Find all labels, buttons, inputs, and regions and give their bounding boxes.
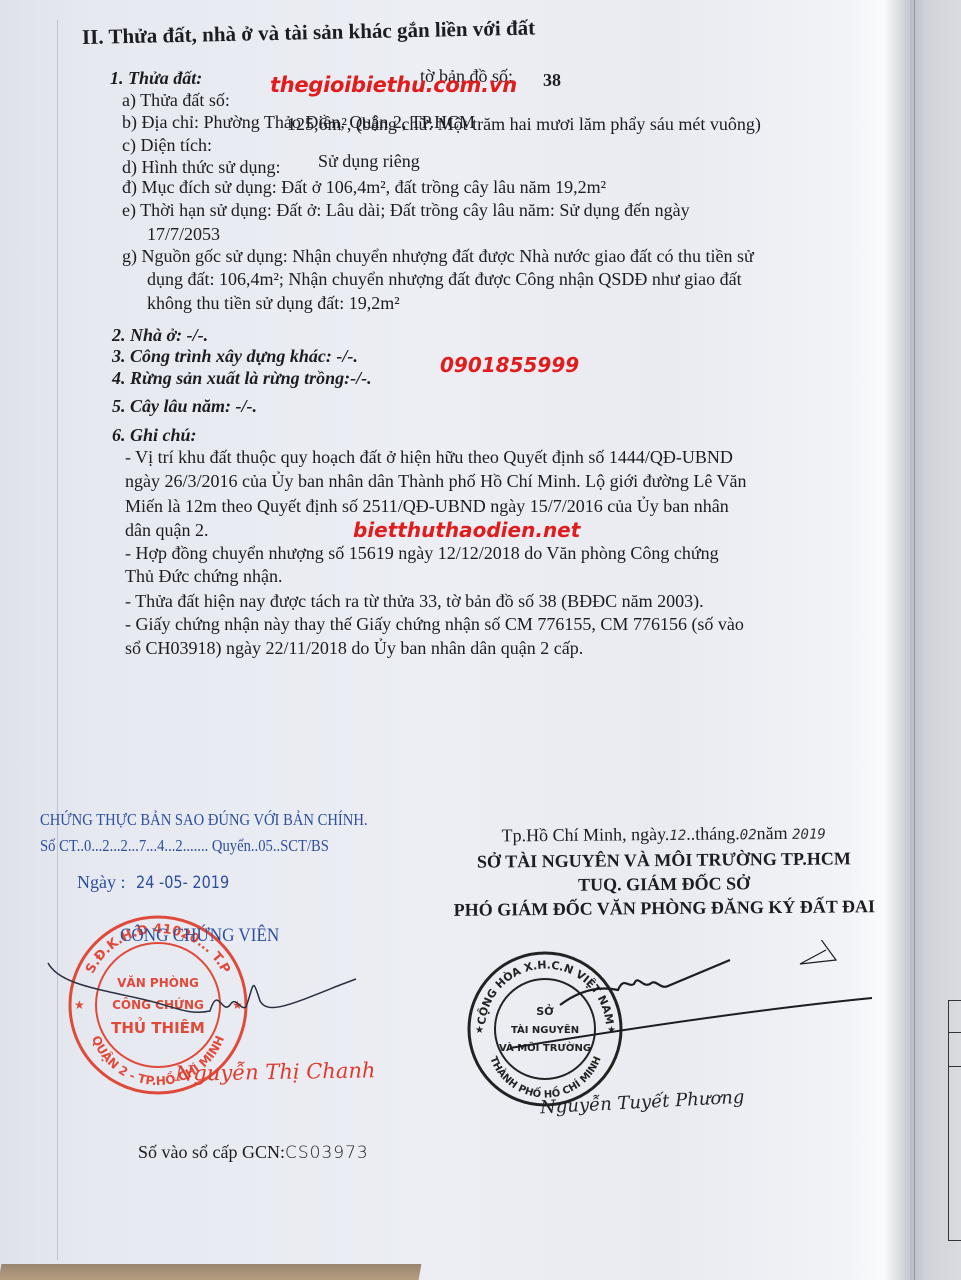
section-title: II. Thửa đất, nhà ở và tài sản khác gắn … [82, 16, 536, 50]
certification-number: Số CT..0...2...2...7...4...2....... Quyể… [40, 836, 329, 856]
certification-title: CHỨNG THỰC BẢN SAO ĐÚNG VỚI BẢN CHÍNH. [40, 810, 368, 830]
other-construction-item: 3. Công trình xây dựng khác: -/-. [112, 346, 358, 367]
issuer-department: SỞ TÀI NGUYÊN VÀ MÔI TRƯỜNG TP.HCM [414, 846, 914, 874]
land-parcel-number: a) Thửa đất số: [122, 90, 230, 111]
usage-term-date: 17/7/2053 [147, 224, 220, 245]
registry-number: Số vào sổ cấp GCN:CS03973 [138, 1142, 369, 1163]
page-edge-line [914, 0, 915, 1280]
note-line: - Thửa đất hiện nay được tách ra từ thửa… [125, 591, 704, 612]
note-line: - Vị trí khu đất thuộc quy hoạch đất ở h… [125, 447, 733, 468]
note-line: Miến là 12m theo Quyết định số 2511/QĐ-U… [125, 496, 729, 517]
svg-text:★: ★ [475, 1025, 484, 1036]
registry-number-value: CS03973 [285, 1143, 369, 1163]
usage-form-label: d) Hình thức sử dụng: [122, 157, 281, 178]
issue-month: 02 [740, 827, 757, 843]
notary-name: Nguyễn Thị Chanh [175, 1058, 376, 1085]
registry-number-label: Số vào sổ cấp GCN: [138, 1142, 285, 1162]
land-area-value: 125,6m², (bằng chữ: Một trăm hai mươi lă… [287, 114, 761, 135]
usage-origin-line-2: dụng đất: 106,4m²; Nhận chuyển nhượng đấ… [147, 269, 742, 290]
adjacent-page-table-fragment [948, 1000, 961, 1241]
watermark-phone: 0901855999 [440, 353, 579, 377]
notary-title: CÔNG CHỨNG VIÊN [120, 925, 279, 947]
usage-origin-line-1: g) Nguồn gốc sử dụng: Nhận chuyển nhượng… [122, 246, 754, 267]
usage-form-value: Sử dụng riêng [318, 151, 420, 172]
perennial-trees-item: 5. Cây lâu năm: -/-. [112, 396, 257, 417]
notary-signature-icon [40, 945, 360, 1035]
note-line: - Giấy chứng nhận này thay thế Giấy chứn… [125, 614, 744, 635]
issue-year: 2019 [792, 827, 826, 843]
land-heading: 1. Thửa đất: [110, 68, 202, 89]
usage-purpose: đ) Mục đích sử dụng: Đất ở 106,4m², đất … [122, 177, 606, 198]
watermark-site-2: bietthuthaodien.net [353, 518, 580, 542]
note-line: - Hợp đồng chuyển nhượng số 15619 ngày 1… [125, 543, 719, 564]
production-forest-item: 4. Rừng sản xuất là rừng trồng:-/-. [112, 368, 372, 389]
issue-month-label: ..tháng. [686, 823, 740, 843]
notes-heading: 6. Ghi chú: [112, 425, 197, 446]
issuer-signature-icon [500, 940, 880, 1060]
map-sheet-value: 38 [543, 70, 561, 91]
issue-place-label: Tp.Hồ Chí Minh, ngày. [501, 824, 669, 845]
issue-year-label: năm [756, 823, 792, 843]
issuer-role: PHÓ GIÁM ĐỐC VĂN PHÒNG ĐĂNG KÝ ĐẤT ĐAI [414, 894, 914, 922]
note-line: sổ CH03918) ngày 22/11/2018 do Ủy ban nh… [125, 638, 583, 659]
usage-term: e) Thời hạn sử dụng: Đất ở: Lâu dài; Đất… [122, 200, 690, 221]
certification-date-label: Ngày : [77, 872, 126, 892]
usage-origin-line-3: không thu tiền sử dụng đất: 19,2m² [147, 293, 400, 314]
note-line: Thủ Đức chứng nhận. [125, 566, 282, 587]
note-line: dân quận 2. [125, 520, 208, 541]
watermark-site-1: thegioibiethu.com.vn [270, 73, 517, 97]
issue-day: 12 [669, 828, 686, 844]
issuer-block: Tp.Hồ Chí Minh, ngày.12..tháng.02năm 201… [414, 820, 915, 922]
certification-date: Ngày :24 -05- 2019 [77, 872, 245, 893]
house-item: 2. Nhà ở: -/-. [112, 325, 208, 346]
certification-date-value: 24 -05- 2019 [136, 873, 229, 893]
desk-surface [0, 1264, 421, 1280]
note-line: ngày 26/3/2016 của Ủy ban nhân dân Thành… [125, 471, 747, 492]
land-area-label: c) Diện tích: [122, 135, 212, 156]
